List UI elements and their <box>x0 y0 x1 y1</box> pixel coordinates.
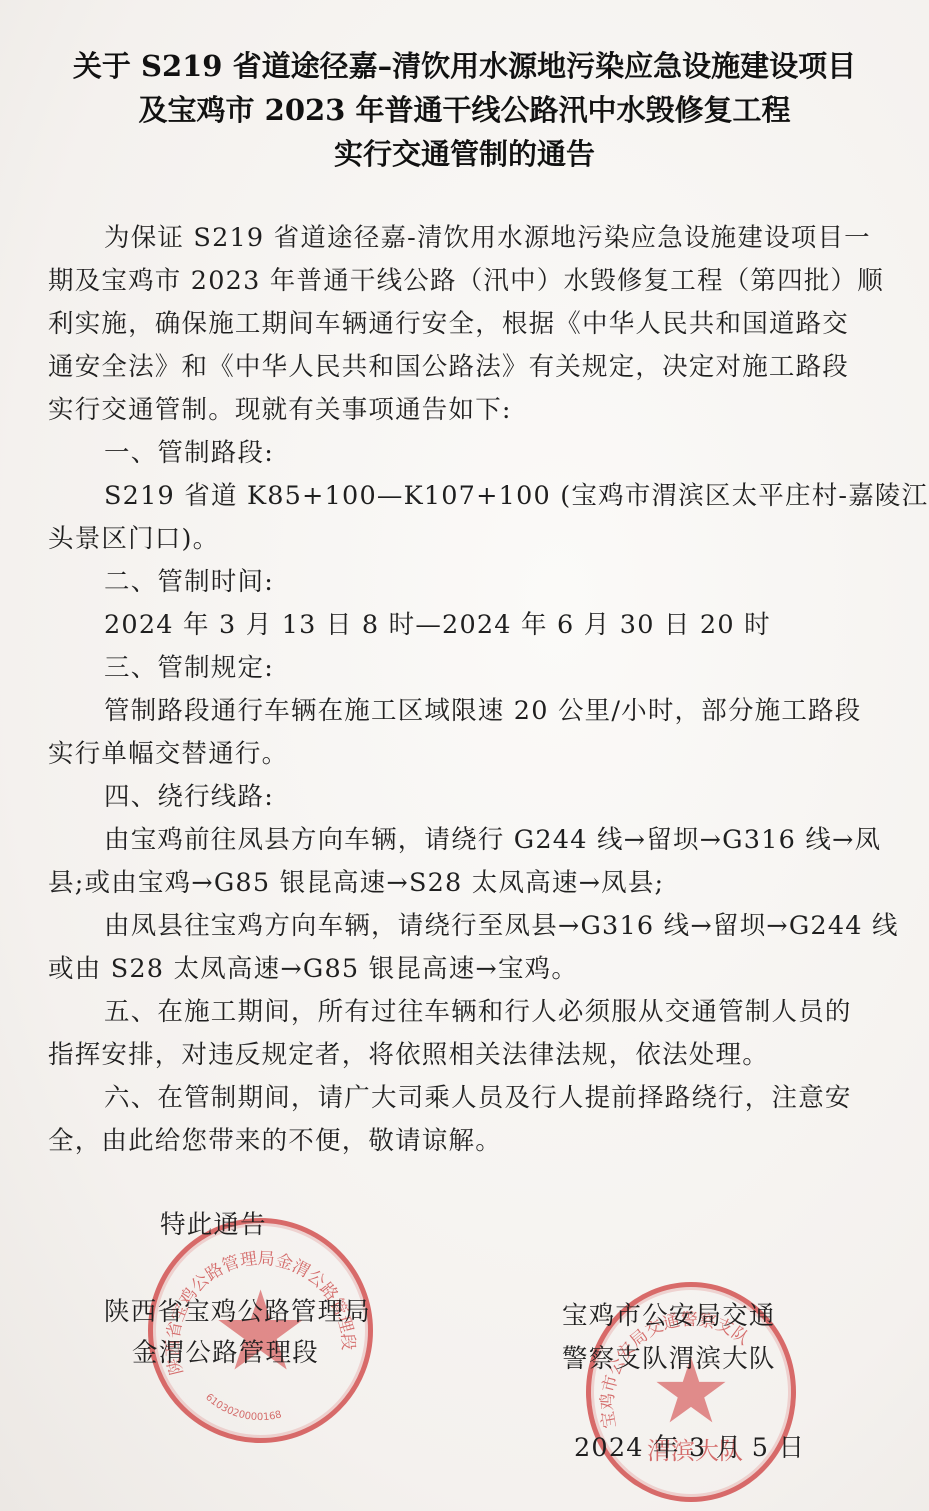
body-line: 头景区门口)。 <box>48 519 219 555</box>
title-line-1: 关于 S219 省道途径嘉–清饮用水源地污染应急设施建设项目 <box>0 44 929 85</box>
body-line: 或由 S28 太凤高速→G85 银昆高速→宝鸡。 <box>48 949 578 985</box>
title-line-2: 及宝鸡市 2023 年普通干线公路汛中水毁修复工程 <box>0 88 929 129</box>
seal-arc-text: 陕西省宝鸡公路管理局金渭公路管理段 6103020000168 <box>153 1223 368 1438</box>
signatory-right-line-2: 警察支队渭滨大队 <box>562 1339 776 1375</box>
body-line: 由宝鸡前往凤县方向车辆，请绕行 G244 线→留坝→G316 线→凤 <box>104 820 881 856</box>
title-line-3: 实行交通管制的通告 <box>0 132 929 173</box>
body-line: 2024 年 3 月 13 日 8 时—2024 年 6 月 30 日 20 时 <box>104 605 771 641</box>
closing-text: 特此通告 <box>160 1205 267 1241</box>
document-page: 关于 S219 省道途径嘉–清饮用水源地污染应急设施建设项目 及宝鸡市 2023… <box>0 0 929 1511</box>
section-heading-5: 五、在施工期间，所有过往车辆和行人必须服从交通管制人员的 <box>104 992 852 1028</box>
body-line: 由凤县往宝鸡方向车辆，请绕行至凤县→G316 线→留坝→G244 线 <box>104 906 899 942</box>
body-line: 全，由此给您带来的不便，敬请谅解。 <box>48 1121 502 1157</box>
body-line: 为保证 S219 省道途径嘉-清饮用水源地污染应急设施建设项目一 <box>104 218 871 254</box>
signatory-right-line-1: 宝鸡市公安局交通 <box>562 1296 776 1332</box>
body-line: 通安全法》和《中华人民共和国公路法》有关规定，决定对施工路段 <box>48 347 849 383</box>
section-heading-2: 二、管制时间: <box>104 562 274 598</box>
body-line: 实行单幅交替通行。 <box>48 734 288 770</box>
body-line: 实行交通管制。现就有关事项通告如下: <box>48 390 512 426</box>
svg-text:6103020000168: 6103020000168 <box>203 1392 283 1423</box>
body-line: 利实施，确保施工期间车辆通行安全，根据《中华人民共和国道路交 <box>48 304 849 340</box>
signatory-left-line-2: 金渭公路管理段 <box>132 1333 319 1369</box>
body-line: 期及宝鸡市 2023 年普通干线公路（汛中）水毁修复工程（第四批）顺 <box>48 261 884 297</box>
section-heading-4: 四、绕行线路: <box>104 777 274 813</box>
section-heading-6: 六、在管制期间，请广大司乘人员及行人提前择路绕行，注意安 <box>104 1078 852 1114</box>
body-line: 管制路段通行车辆在施工区域限速 20 公里/小时，部分施工路段 <box>104 691 861 727</box>
signatory-left-line-1: 陕西省宝鸡公路管理局 <box>104 1292 371 1328</box>
section-heading-3: 三、管制规定: <box>104 648 274 684</box>
section-heading-1: 一、管制路段: <box>104 433 274 469</box>
body-line: S219 省道 K85+100—K107+100 (宝鸡市渭滨区太平庄村-嘉陵江… <box>104 476 929 512</box>
body-line: 县;或由宝鸡→G85 银昆高速→S28 太凤高速→凤县; <box>48 863 664 899</box>
official-seal-left: ★ 陕西省宝鸡公路管理局金渭公路管理段 6103020000168 <box>148 1218 373 1443</box>
body-line: 指挥安排，对违反规定者，将依照相关法律法规，依法处理。 <box>48 1035 769 1071</box>
document-date: 2024 年 3 月 5 日 <box>574 1428 805 1464</box>
